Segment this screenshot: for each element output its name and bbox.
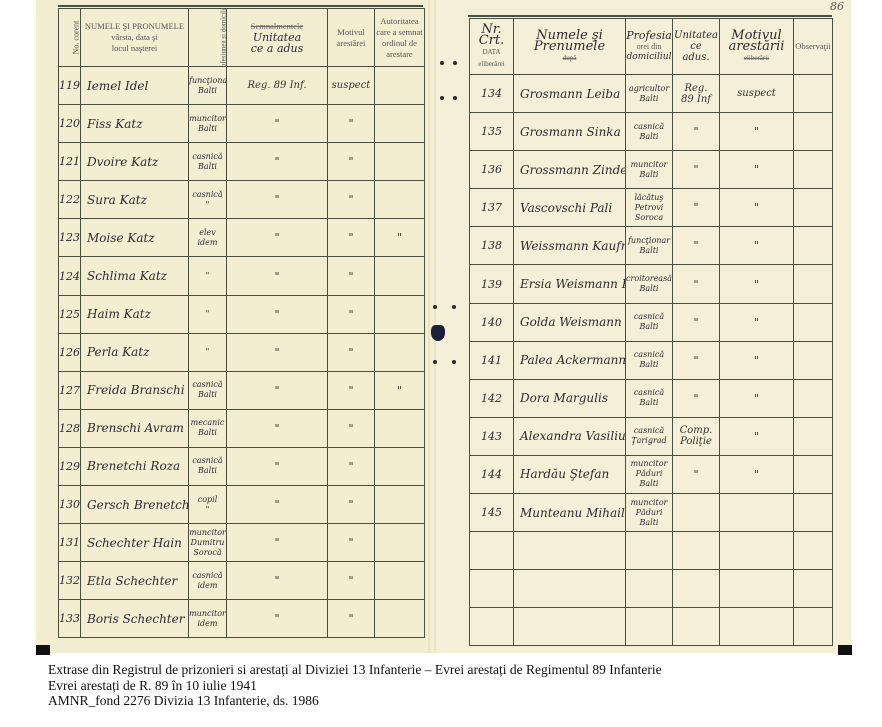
cell-reason: suspect: [720, 75, 794, 113]
cell-reason: ": [328, 486, 375, 524]
cell-no: [470, 608, 514, 646]
cell-unit: ": [227, 257, 328, 295]
cell-reason: [720, 570, 794, 608]
table-row: 133Boris Schechtermuncitor idem"": [59, 600, 425, 638]
cell-name: Alexandra Vasiliu: [514, 417, 626, 455]
cell-authority: [375, 447, 425, 485]
cell-obs: [794, 455, 833, 493]
cell-no: [470, 570, 514, 608]
cell-profession: ": [189, 295, 227, 333]
cell-unit: ": [227, 524, 328, 562]
cell-profession: casnică idem: [189, 562, 227, 600]
cell-obs: [794, 608, 833, 646]
table-row: 123Moise Katzelev idem""": [59, 219, 425, 257]
cell-profession: casnică Balti: [626, 341, 673, 379]
cell-unit: ": [227, 486, 328, 524]
table-row: 132Etla Schechtercasnică idem"": [59, 562, 425, 600]
cell-obs: [794, 570, 833, 608]
cell-profession: croitoreasă Balti: [626, 265, 673, 303]
cell-no: 143: [470, 417, 514, 455]
cell-authority: [375, 333, 425, 371]
header-profession-domicile: Profesia orei din domiciliul: [626, 19, 673, 75]
cell-reason: ": [328, 524, 375, 562]
cell-obs: [794, 379, 833, 417]
cell-unit: ": [673, 341, 720, 379]
cell-reason: [720, 494, 794, 532]
cell-reason: ": [720, 227, 794, 265]
cell-unit: [673, 494, 720, 532]
cell-unit: Comp. Poliţie: [673, 417, 720, 455]
cell-profession: copil ": [189, 486, 227, 524]
table-row: 131Schechter Hainmuncitor Dumitru Sorocă…: [59, 524, 425, 562]
cell-profession: casnică Balti: [626, 303, 673, 341]
cell-no: 119: [59, 67, 81, 105]
cell-profession: casnică Balti: [626, 379, 673, 417]
cell-no: 120: [59, 105, 81, 143]
cell-profession: muncitor Balti: [626, 151, 673, 189]
cell-no: 121: [59, 143, 81, 181]
right-header-row: Nr. Crt. DATA eliberărei Numele şi Prenu…: [470, 19, 833, 75]
header-arrest-reason: Motivul arestării eliberării: [720, 19, 794, 75]
caption-line-2: Evrei arestați de R. 89 în 10 iulie 1941: [48, 678, 662, 694]
table-row: 124Schlima Katz""": [59, 257, 425, 295]
table-row: 126Perla Katz""": [59, 333, 425, 371]
cell-reason: ": [720, 189, 794, 227]
cell-obs: [794, 151, 833, 189]
cell-profession: casnică Ţarigrad: [626, 417, 673, 455]
header-name: NUMELE ŞI PRONUMELE vârsta, data şi locu…: [81, 9, 189, 67]
cell-profession: casnică Balti: [189, 143, 227, 181]
cell-reason: ": [328, 562, 375, 600]
cell-authority: [375, 67, 425, 105]
cell-reason: ": [720, 113, 794, 151]
right-top-rule: [468, 15, 832, 17]
cell-unit: ": [227, 447, 328, 485]
cell-authority: [375, 409, 425, 447]
table-row: 134Grosmann Leibaagricultor BaltiReg. 89…: [470, 75, 833, 113]
binding-hole: [440, 96, 444, 100]
cell-no: 135: [470, 113, 514, 151]
table-row: [470, 608, 833, 646]
header-unit: Unitatea ce adus.: [673, 19, 720, 75]
table-row: 143Alexandra Vasiliucasnică ŢarigradComp…: [470, 417, 833, 455]
cell-no: 127: [59, 371, 81, 409]
cell-reason: ": [720, 265, 794, 303]
cell-name: [514, 608, 626, 646]
cell-no: 136: [470, 151, 514, 189]
cell-no: 126: [59, 333, 81, 371]
table-row: 128Brenschi Avrammecanic Balti"": [59, 409, 425, 447]
table-row: 127Freida Branschicasnică Balti""": [59, 371, 425, 409]
table-row: 125Haim Katz""": [59, 295, 425, 333]
header-no: No. corent: [59, 9, 81, 67]
table-row: [470, 570, 833, 608]
cell-unit: ": [673, 265, 720, 303]
cell-unit: ": [227, 181, 328, 219]
cell-obs: [794, 265, 833, 303]
cell-unit: Reg. 89 Inf.: [227, 67, 328, 105]
table-row: 140Golda Weismann Kaufmanncasnică Balti"…: [470, 303, 833, 341]
cell-no: 130: [59, 486, 81, 524]
cell-name: Perla Katz: [81, 333, 189, 371]
cell-reason: ": [328, 371, 375, 409]
table-row: 129Brenetchi Rozacasnică Balti"": [59, 447, 425, 485]
cell-reason: ": [328, 333, 375, 371]
cell-authority: ": [375, 371, 425, 409]
cell-authority: [375, 295, 425, 333]
cell-reason: ": [720, 417, 794, 455]
cell-unit: ": [227, 295, 328, 333]
cell-reason: ": [328, 295, 375, 333]
cell-unit: ": [673, 379, 720, 417]
cell-unit: ": [673, 113, 720, 151]
cell-no: 145: [470, 494, 514, 532]
header-nr-crt: Nr. Crt. DATA eliberărei: [470, 19, 514, 75]
cell-name: Moise Katz: [81, 219, 189, 257]
cell-profession: funcţionar Balti: [189, 67, 227, 105]
cell-reason: ": [328, 447, 375, 485]
cell-reason: [720, 532, 794, 570]
binding-hole: [440, 61, 444, 65]
cell-authority: [375, 486, 425, 524]
cell-reason: ": [328, 600, 375, 638]
binding-hole: [452, 305, 456, 309]
cell-name: Weissmann Kaufmann Avram Iosif: [514, 227, 626, 265]
cell-unit: ": [673, 303, 720, 341]
table-row: 139Ersia Weismann Kaufmanncroitoreasă Ba…: [470, 265, 833, 303]
cell-profession: ": [189, 333, 227, 371]
cell-name: Haim Katz: [81, 295, 189, 333]
cell-unit: ": [227, 219, 328, 257]
cell-unit: ": [227, 143, 328, 181]
cell-no: 124: [59, 257, 81, 295]
cell-unit: [673, 608, 720, 646]
cell-no: 139: [470, 265, 514, 303]
cell-profession: funcţionar Balti: [626, 227, 673, 265]
cell-obs: [794, 494, 833, 532]
header-observations: Observaţii: [794, 19, 833, 75]
cell-no: 137: [470, 189, 514, 227]
cell-no: 138: [470, 227, 514, 265]
cell-no: 141: [470, 341, 514, 379]
cell-obs: [794, 113, 833, 151]
cell-name: Brenetchi Roza: [81, 447, 189, 485]
page-number-mark: 86: [830, 0, 844, 13]
header-name-surname: Numele şi Prenumele după: [514, 19, 626, 75]
caption-line-3: AMNR_fond 2276 Divizia 13 Infanterie, ds…: [48, 693, 662, 709]
cell-name: Dora Margulis: [514, 379, 626, 417]
cell-unit: ": [673, 151, 720, 189]
cell-name: Boris Schechter: [81, 600, 189, 638]
table-row: 137Vascovschi Palilăcătuş Petrovi Soroca…: [470, 189, 833, 227]
cell-unit: ": [673, 455, 720, 493]
cell-profession: [626, 608, 673, 646]
cell-name: Brenschi Avram: [81, 409, 189, 447]
cell-unit: [673, 532, 720, 570]
cell-profession: mecanic Balti: [189, 409, 227, 447]
cell-reason: ": [328, 105, 375, 143]
cell-reason: ": [328, 219, 375, 257]
cell-no: 132: [59, 562, 81, 600]
cell-no: 133: [59, 600, 81, 638]
header-authority: Autoritatea care a semnat ordinul de are…: [375, 9, 425, 67]
cell-no: 144: [470, 455, 514, 493]
cell-name: Hardău Ştefan: [514, 455, 626, 493]
cell-no: 134: [470, 75, 514, 113]
left-header-row: No. corent NUMELE ŞI PRONUMELE vârsta, d…: [59, 9, 425, 67]
cell-profession: casnică Balti: [626, 113, 673, 151]
cell-authority: [375, 257, 425, 295]
table-row: 142Dora Marguliscasnică Balti"": [470, 379, 833, 417]
header-signalment: Semnalmentele Unitatea ce a adus: [227, 9, 328, 67]
table-row: [470, 532, 833, 570]
page-corner: [36, 645, 50, 655]
table-row: 119Iemel Idelfuncţionar BaltiReg. 89 Inf…: [59, 67, 425, 105]
cell-reason: ": [720, 151, 794, 189]
cell-profession: casnică ": [189, 181, 227, 219]
table-row: 121Dvoire Katzcasnică Balti"": [59, 143, 425, 181]
cell-no: 129: [59, 447, 81, 485]
table-row: 136Grossmann Zindermuncitor Balti"": [470, 151, 833, 189]
cell-authority: [375, 562, 425, 600]
caption-line-1: Extrase din Registrul de prizonieri si a…: [48, 662, 662, 678]
cell-obs: [794, 341, 833, 379]
table-row: 122Sura Katzcasnică """: [59, 181, 425, 219]
cell-name: Sura Katz: [81, 181, 189, 219]
cell-name: Dvoire Katz: [81, 143, 189, 181]
cell-obs: [794, 303, 833, 341]
cell-authority: [375, 143, 425, 181]
cell-obs: [794, 227, 833, 265]
cell-name: Ersia Weismann Kaufmann: [514, 265, 626, 303]
table-row: 141Palea Ackermanncasnică Balti"": [470, 341, 833, 379]
binding-hole: [452, 360, 456, 364]
cell-profession: elev idem: [189, 219, 227, 257]
cell-reason: ": [328, 257, 375, 295]
cell-profession: agricultor Balti: [626, 75, 673, 113]
cell-reason: ": [720, 341, 794, 379]
cell-profession: lăcătuş Petrovi Soroca: [626, 189, 673, 227]
cell-name: Palea Ackermann: [514, 341, 626, 379]
cell-obs: [794, 532, 833, 570]
cell-unit: ": [227, 562, 328, 600]
cell-profession: muncitor Balti: [189, 105, 227, 143]
cell-name: [514, 570, 626, 608]
cell-no: 140: [470, 303, 514, 341]
table-row: 135Grosmann Sinkacasnică Balti"": [470, 113, 833, 151]
left-top-rule: [58, 5, 423, 7]
cell-name: Grosmann Sinka: [514, 113, 626, 151]
cell-name: Golda Weismann Kaufmann: [514, 303, 626, 341]
cell-profession: muncitor Păduri Balti: [626, 494, 673, 532]
cell-no: 131: [59, 524, 81, 562]
cell-authority: [375, 181, 425, 219]
cell-profession: muncitor Păduri Balti: [626, 455, 673, 493]
cell-name: Grosmann Leiba: [514, 75, 626, 113]
table-row: 120Fiss Katzmuncitor Balti"": [59, 105, 425, 143]
right-register-table: Nr. Crt. DATA eliberărei Numele şi Prenu…: [469, 18, 833, 646]
left-register-body: 119Iemel Idelfuncţionar BaltiReg. 89 Inf…: [59, 67, 425, 638]
cell-profession: [626, 532, 673, 570]
cell-name: Schlima Katz: [81, 257, 189, 295]
cell-reason: ": [328, 181, 375, 219]
right-register-body: 134Grosmann Leibaagricultor BaltiReg. 89…: [470, 75, 833, 646]
cell-no: 125: [59, 295, 81, 333]
cell-unit: ": [673, 227, 720, 265]
cell-name: Vascovschi Pali: [514, 189, 626, 227]
cell-reason: [720, 608, 794, 646]
cell-name: Schechter Hain: [81, 524, 189, 562]
cell-obs: [794, 189, 833, 227]
table-row: 130Gersch Brenetchicopil """: [59, 486, 425, 524]
cell-profession: casnică Balti: [189, 447, 227, 485]
cell-unit: Reg. 89 Inf: [673, 75, 720, 113]
cell-reason: suspect: [328, 67, 375, 105]
binding-hole: [433, 360, 437, 364]
cell-reason: ": [328, 409, 375, 447]
cell-unit: ": [227, 371, 328, 409]
cell-name: Grossmann Zinder: [514, 151, 626, 189]
cell-unit: ": [227, 333, 328, 371]
cell-obs: [794, 417, 833, 455]
left-register-table: No. corent NUMELE ŞI PRONUMELE vârsta, d…: [58, 8, 425, 638]
table-row: 145Munteanu Mihailmuncitor Păduri Balti: [470, 494, 833, 532]
binding-hole: [453, 61, 457, 65]
cell-authority: [375, 105, 425, 143]
header-reason: Motivul arestărei: [328, 9, 375, 67]
binding-hole: [433, 305, 437, 309]
header-profession: Profesiunea şi domiciliul: [189, 9, 227, 67]
cell-name: Gersch Brenetchi: [81, 486, 189, 524]
cell-reason: ": [720, 455, 794, 493]
ink-blot: [431, 325, 445, 341]
cell-authority: [375, 524, 425, 562]
cell-name: Etla Schechter: [81, 562, 189, 600]
cell-no: 128: [59, 409, 81, 447]
cell-reason: ": [720, 379, 794, 417]
cell-unit: ": [673, 189, 720, 227]
cell-no: 122: [59, 181, 81, 219]
binding-hole: [453, 96, 457, 100]
cell-reason: ": [720, 303, 794, 341]
cell-name: Freida Branschi: [81, 371, 189, 409]
cell-unit: [673, 570, 720, 608]
cell-unit: ": [227, 105, 328, 143]
page-corner: [838, 645, 852, 655]
cell-no: [470, 532, 514, 570]
cell-profession: muncitor Dumitru Sorocă: [189, 524, 227, 562]
cell-authority: [375, 600, 425, 638]
caption: Extrase din Registrul de prizonieri si a…: [48, 662, 662, 709]
cell-no: 123: [59, 219, 81, 257]
cell-obs: [794, 75, 833, 113]
cell-reason: ": [328, 143, 375, 181]
cell-profession: [626, 570, 673, 608]
cell-name: [514, 532, 626, 570]
cell-unit: ": [227, 409, 328, 447]
table-row: 144Hardău Ştefanmuncitor Păduri Balti"": [470, 455, 833, 493]
cell-name: Iemel Idel: [81, 67, 189, 105]
table-row: 138Weissmann Kaufmann Avram Iosiffuncţio…: [470, 227, 833, 265]
cell-authority: ": [375, 219, 425, 257]
cell-profession: casnică Balti: [189, 371, 227, 409]
cell-profession: muncitor idem: [189, 600, 227, 638]
cell-name: Fiss Katz: [81, 105, 189, 143]
cell-unit: ": [227, 600, 328, 638]
cell-name: Munteanu Mihail: [514, 494, 626, 532]
cell-no: 142: [470, 379, 514, 417]
cell-profession: ": [189, 257, 227, 295]
